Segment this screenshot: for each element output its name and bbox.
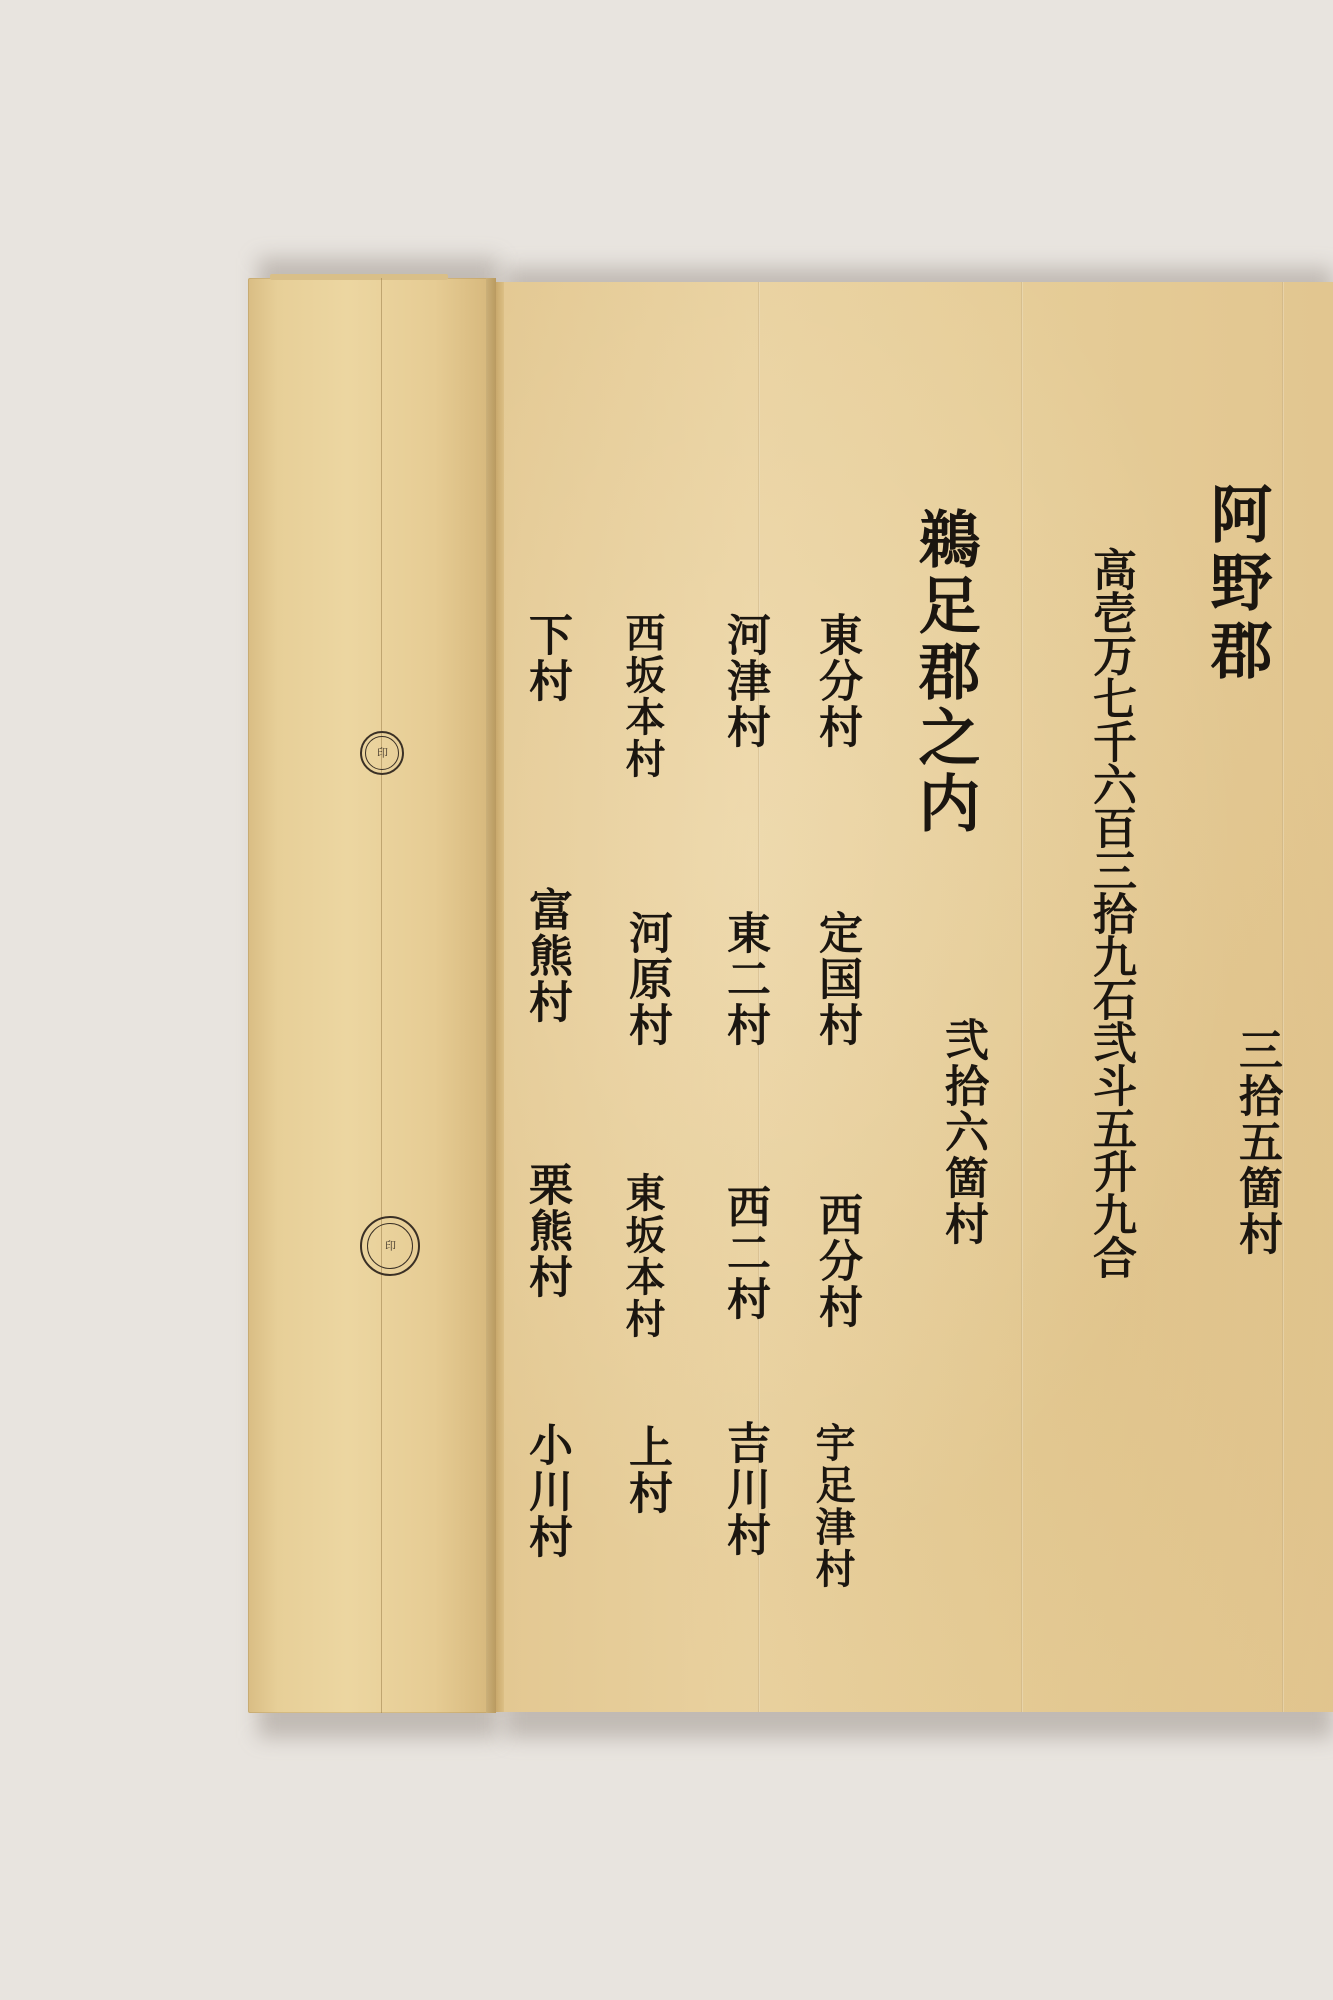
village-name: 上村 [614, 1424, 678, 1516]
village-name: 河津村 [712, 612, 776, 750]
village-name: 富熊村 [514, 887, 578, 1025]
district-1-yield: 高壱万七千六百三拾九石弐斗五升九合 [1078, 547, 1142, 1278]
paper-fold [1021, 282, 1023, 1712]
scroll-roll: 印 印 [248, 278, 496, 1713]
district-2-village-count: 弐拾六箇村 [930, 1017, 994, 1247]
village-name: 東二村 [712, 910, 776, 1048]
paper-fold [1282, 282, 1284, 1712]
district-1-village-count: 三拾五箇村 [1224, 1027, 1288, 1257]
seal-icon: 印 [360, 1216, 420, 1276]
seal-icon: 印 [360, 731, 404, 775]
village-name: 東分村 [804, 612, 868, 750]
village-name: 西坂本村 [614, 612, 671, 780]
village-name: 西二村 [712, 1184, 776, 1322]
village-name: 吉川村 [712, 1420, 776, 1558]
village-name: 河原村 [614, 910, 678, 1048]
district-1-name: 阿野郡 [1192, 482, 1281, 686]
roll-edge [486, 278, 496, 1713]
district-2-name: 鵜足郡之内 [900, 507, 989, 837]
village-name: 宇足津村 [804, 1422, 861, 1590]
roll-seam [381, 278, 382, 1713]
village-name: 栗熊村 [514, 1162, 578, 1300]
scroll-paper: 阿野郡 三拾五箇村 高壱万七千六百三拾九石弐斗五升九合 鵜足郡之内 弐拾六箇村 … [502, 282, 1333, 1712]
seal-large-text: 印 [367, 1223, 414, 1270]
village-name: 東坂本村 [614, 1172, 671, 1340]
seal-small-text: 印 [365, 736, 399, 770]
village-name: 小川村 [514, 1422, 578, 1560]
village-name: 下村 [514, 612, 578, 704]
village-name: 定国村 [804, 910, 868, 1048]
paper-edge [496, 282, 504, 1712]
village-name: 西分村 [804, 1192, 868, 1330]
roll-top-lip [270, 274, 448, 280]
